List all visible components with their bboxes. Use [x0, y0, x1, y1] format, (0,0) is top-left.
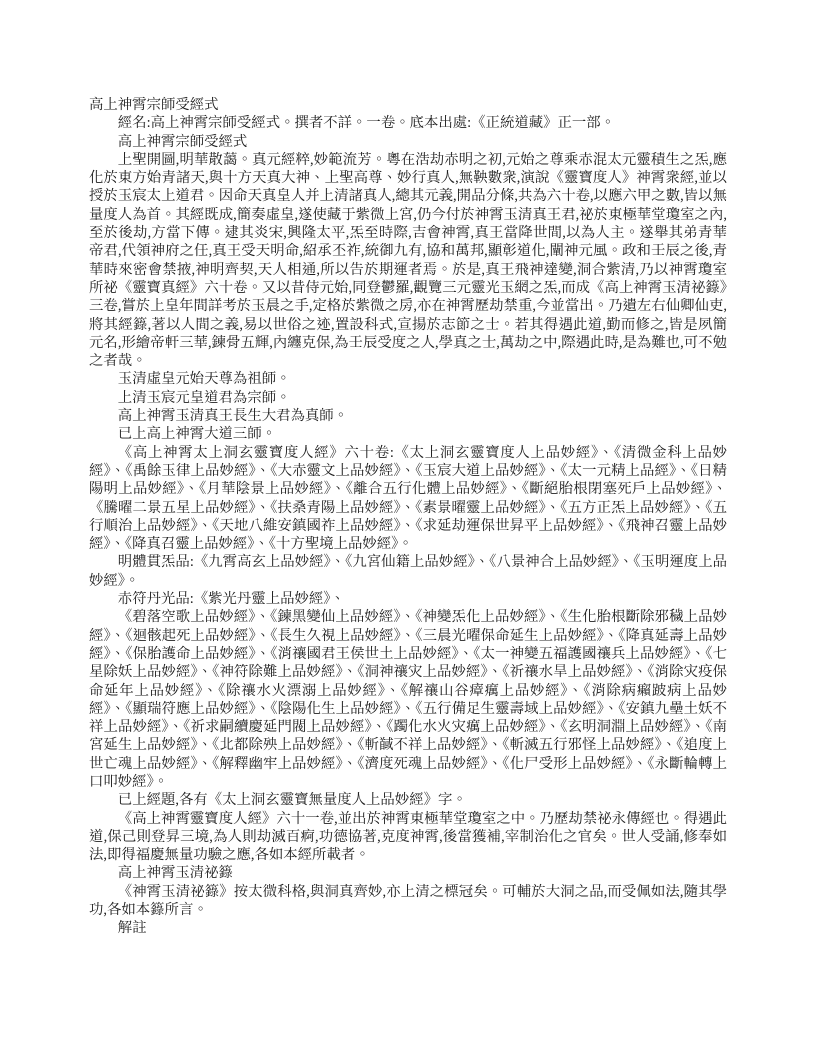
paragraph: 已上高上神霄大道三師。: [89, 425, 727, 443]
paragraph: 經名:高上神霄宗師受經式。撰者不詳。一卷。底本出處:《正統道藏》正一部。: [89, 114, 727, 132]
document-body: 高上神霄宗師受經式經名:高上神霄宗師受經式。撰者不詳。一卷。底本出處:《正統道藏…: [89, 96, 727, 938]
paragraph: 上清玉宸元皇道君為宗師。: [89, 389, 727, 407]
paragraph: 玉清虛皇元始天尊為祖師。: [89, 370, 727, 388]
paragraph: 《高上神霄太上洞玄靈寶度人經》六十卷:《太上洞玄靈寶度人上品妙經》、《清微金科上…: [89, 444, 727, 554]
paragraph: 《碧落空歌上品妙經》、《鍊黑變仙上品妙經》、《神變炁化上品妙經》、《生化胎根斷除…: [89, 608, 727, 791]
paragraph: 高上神霄宗師受經式: [89, 96, 727, 114]
paragraph: 高上神霄玉清真王長生大君為真師。: [89, 407, 727, 425]
paragraph: 赤符丹光品:《紫光丹靈上品妙經》、: [89, 590, 727, 608]
page: 高上神霄宗師受經式經名:高上神霄宗師受經式。撰者不詳。一卷。底本出處:《正統道藏…: [0, 0, 816, 1056]
paragraph: 解註: [89, 919, 727, 937]
paragraph: 《高上神霄靈寶度人經》六十一卷,並出於神霄東極華堂瓊室之中。乃歷劫禁祕永傳經也。…: [89, 810, 727, 865]
paragraph: 《神霄玉清祕籙》按太微科格,與洞真齊妙,亦上清之標冠矣。可輔於大洞之品,而受佩如…: [89, 883, 727, 920]
paragraph: 已上經題,各有《太上洞玄靈寶無量度人上品妙經》字。: [89, 791, 727, 809]
paragraph: 高上神霄玉清祕籙: [89, 864, 727, 882]
paragraph: 明體貫炁品:《九霄高玄上品妙經》、《九宮仙籍上品妙經》、《八景神合上品妙經》、《…: [89, 553, 727, 590]
paragraph: 上聖開圖,明華散藹。真元經粹,妙範流芳。粵在浩劫赤明之初,元始之尊乘赤混太元靈積…: [89, 151, 727, 371]
paragraph: 高上神霄宗師受經式: [89, 133, 727, 151]
